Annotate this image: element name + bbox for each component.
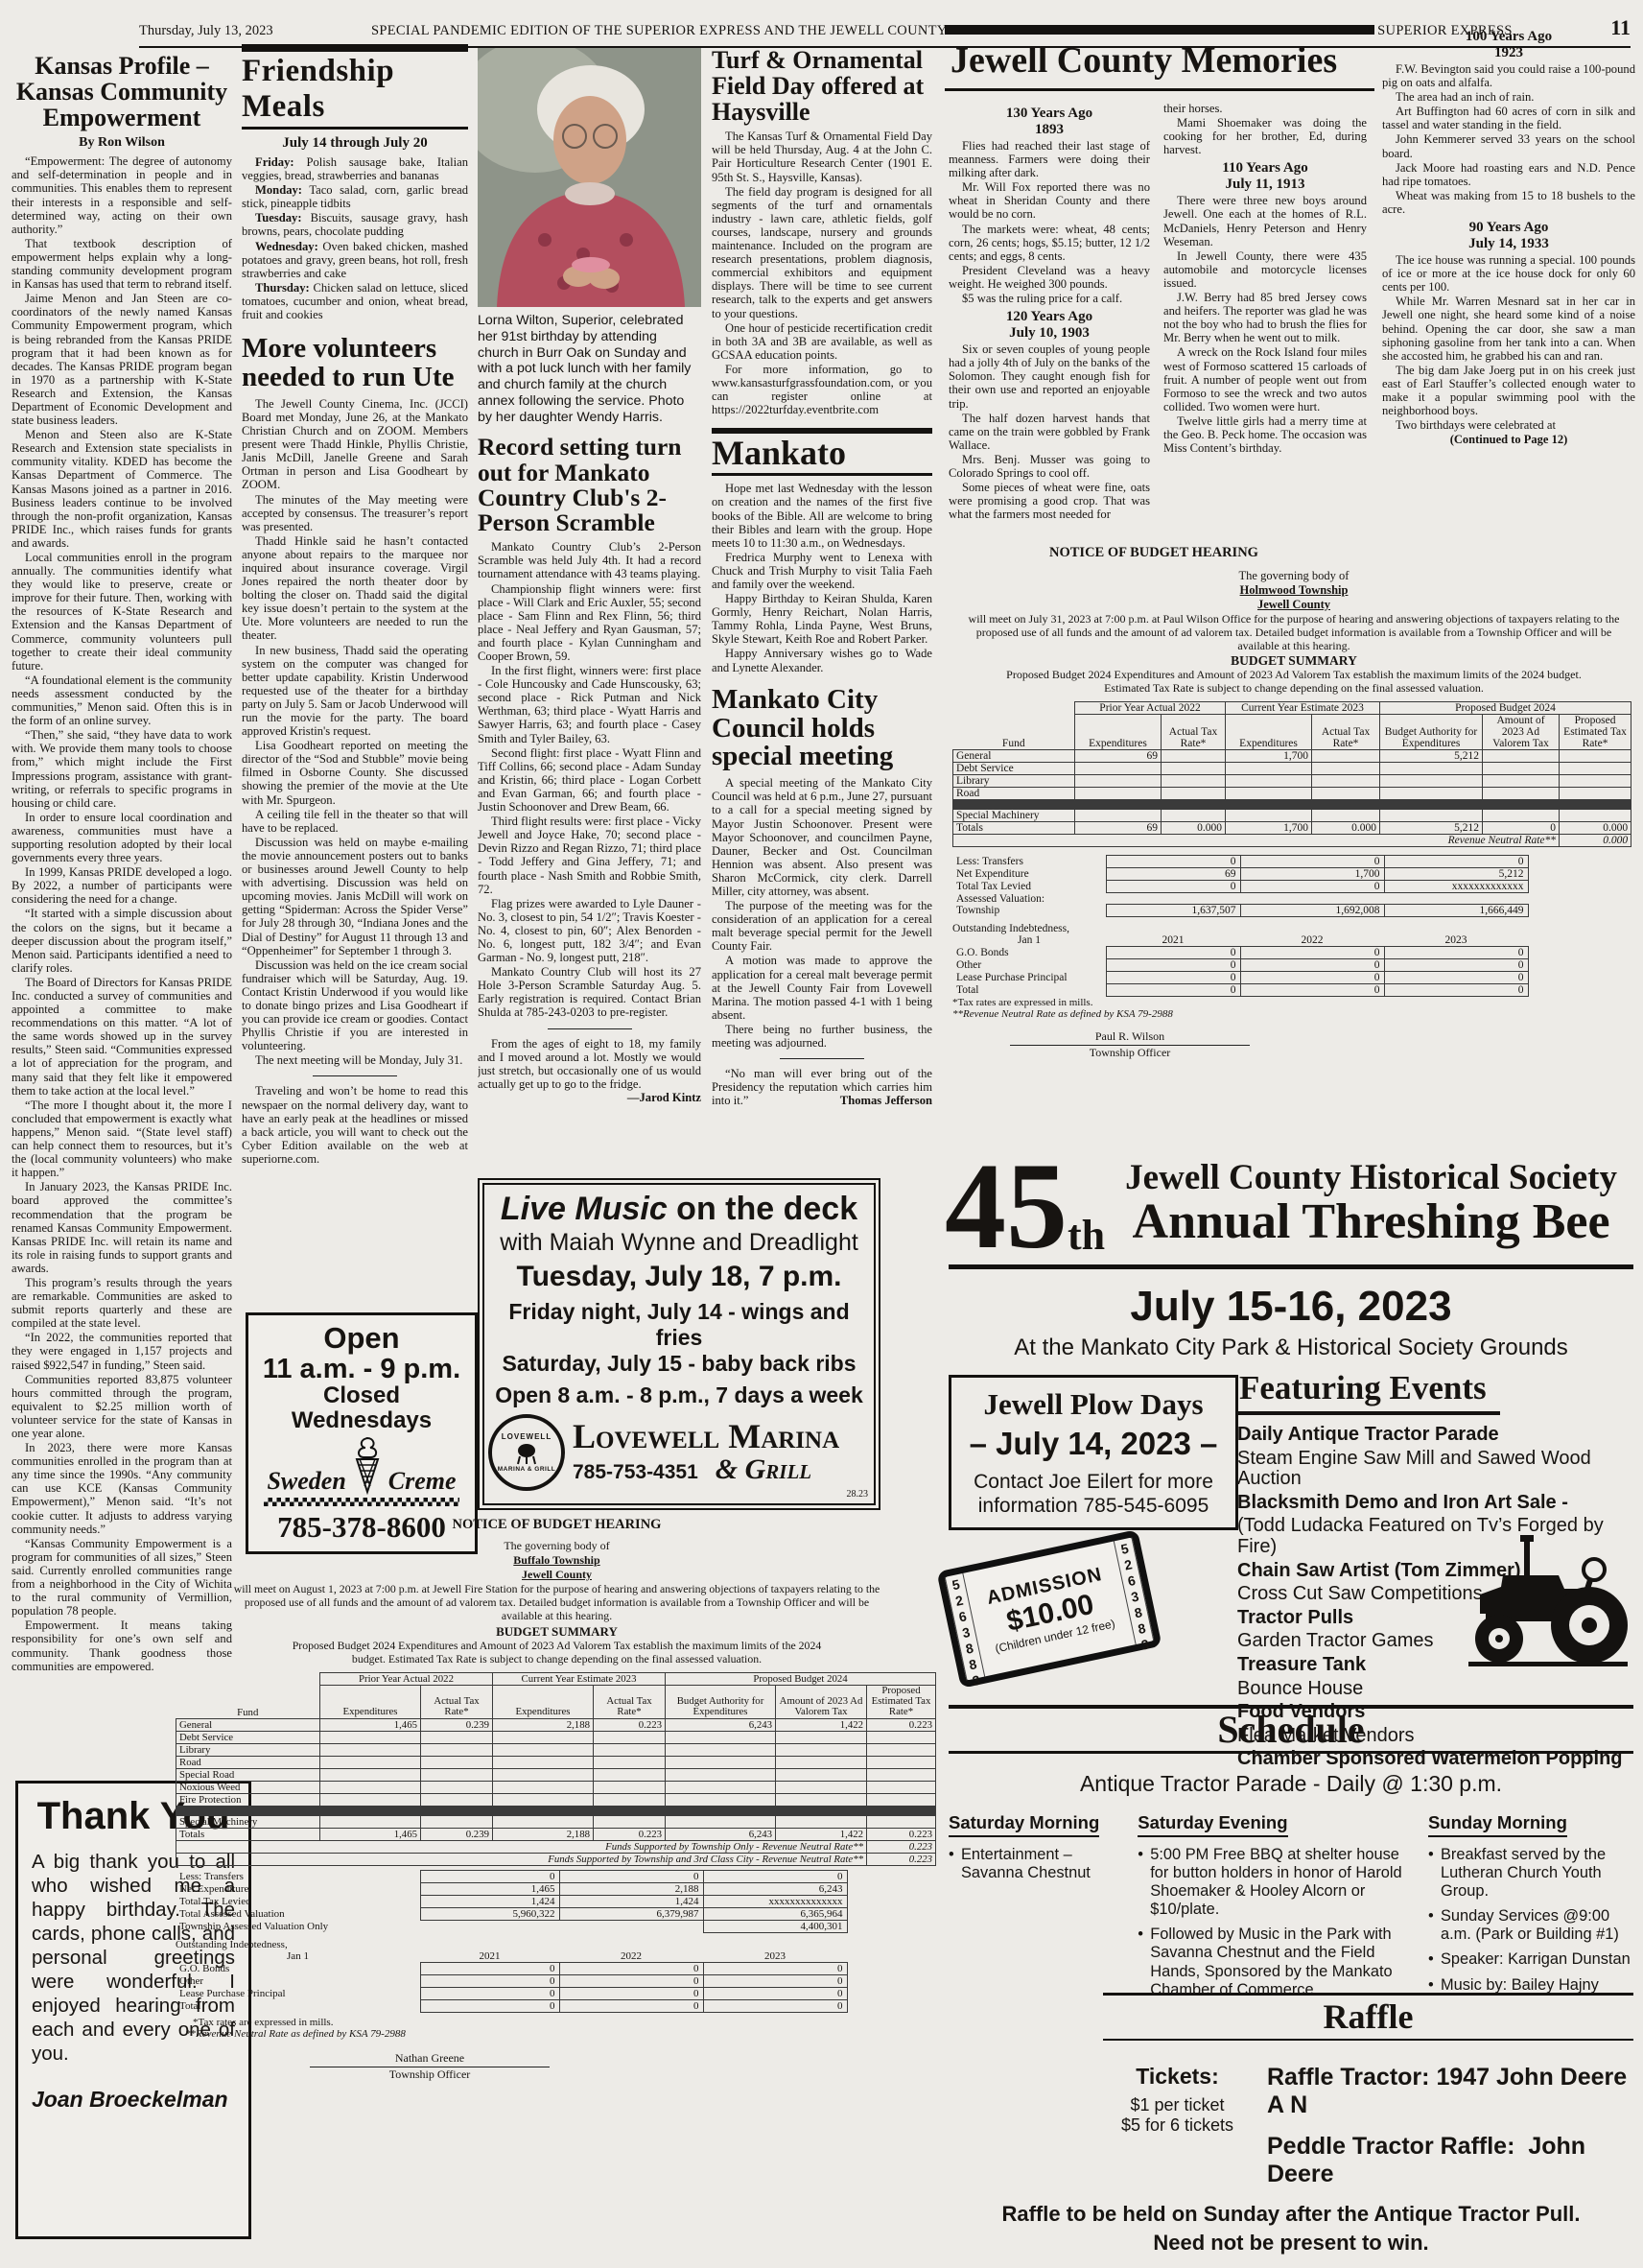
brand-text: Lovewell Marina 785-753-4351 & Grill	[573, 1419, 870, 1486]
cell	[1560, 763, 1631, 775]
ordinal-th: th	[1068, 1215, 1105, 1257]
article-headline: Record setting turn out for Mankato Coun…	[478, 435, 701, 535]
debt-table: G.O. Bonds000Other000Lease Purchase Prin…	[952, 946, 1529, 997]
paragraph: In new business, Thadd said the operatin…	[242, 644, 468, 739]
memories-subheading: July 10, 1903	[949, 325, 1150, 342]
debt-years: Jan 1 2021 2022 2023	[952, 934, 1528, 946]
cell: 0	[1240, 959, 1384, 972]
cell: 6,243	[666, 1828, 776, 1840]
jan1-label: Jan 1	[952, 934, 1106, 946]
cell: Debt Service	[176, 1731, 320, 1743]
paragraph: Mr. Will Fox reported there was no wheat…	[949, 180, 1150, 221]
funds-value: 0.223	[867, 1840, 936, 1853]
budget-summary-text: Proposed Budget 2024 Expenditures and Am…	[991, 669, 1597, 696]
cell	[320, 1815, 421, 1828]
table-row: Library	[953, 775, 1631, 788]
cell: 0	[420, 1999, 559, 2012]
meeting-text: will meet on July 31, 2023 at 7:00 p.m. …	[964, 613, 1624, 652]
cell	[1483, 810, 1560, 822]
cell	[776, 1731, 867, 1743]
memories-heading: 120 Years Ago	[949, 309, 1150, 325]
cell	[1312, 750, 1380, 763]
schedule-col-title: Saturday Evening	[1138, 1812, 1287, 1837]
cell	[1162, 775, 1226, 788]
cell: 0	[559, 1974, 703, 1987]
ad-line: Saturday, July 15 - baby back ribs	[488, 1351, 870, 1377]
cell	[594, 1793, 666, 1806]
ad-line: Friday night, July 14 - wings and fries	[488, 1299, 870, 1351]
table-row: Totals690.0001,7000.0005,21200.000	[953, 822, 1631, 835]
cell: 0.239	[421, 1828, 493, 1840]
officer-name: Paul R. Wilson	[1010, 1029, 1250, 1046]
photo-lorna-wilton	[478, 48, 701, 307]
cell: 0	[1106, 881, 1240, 893]
cell: Totals	[176, 1828, 320, 1840]
cell	[493, 1756, 594, 1768]
cell: Total Assessed Valuation	[176, 1907, 420, 1920]
raffle-note-1: Raffle to be held on Sunday after the An…	[945, 2202, 1637, 2227]
event-title: Annual Threshing Bee	[1105, 1197, 1637, 1247]
cell: 1,422	[776, 1828, 867, 1840]
cell	[867, 1781, 936, 1793]
table-row: Other000	[176, 1974, 847, 1987]
article-body: The Kansas Turf & Ornamental Field Day w…	[712, 130, 932, 416]
paragraph: Third flight results were: first place -…	[478, 815, 701, 896]
logo-text: MARINA & GRILL	[498, 1466, 556, 1473]
article-body: A special meeting of the Mankato City Co…	[712, 776, 932, 1050]
featuring-title: Featuring Events	[1237, 1369, 1500, 1415]
paragraph: Flag prizes were awarded to Lyle Dauner …	[478, 897, 701, 964]
raffle-note-2: Need not be present to win.	[945, 2231, 1637, 2256]
cell	[420, 1920, 559, 1932]
cell	[493, 1815, 594, 1828]
cell	[1483, 763, 1560, 775]
col-current: Current Year Estimate 2023	[1226, 701, 1380, 714]
cell	[776, 1743, 867, 1756]
cell: xxxxxxxxxxxxx	[1384, 881, 1528, 893]
cell: 0	[703, 1974, 847, 1987]
event-location: At the Mankato City Park & Historical So…	[945, 1335, 1637, 1361]
cell: 1,465	[320, 1718, 421, 1731]
cell	[1312, 763, 1380, 775]
col-fund: Fund	[176, 1672, 320, 1718]
rule	[949, 1751, 1633, 1754]
cell: 1,424	[420, 1895, 559, 1907]
jan1-label: Jan 1	[176, 1950, 420, 1962]
meal-item: Wednesday: Oven baked chicken, mashed po…	[242, 240, 468, 280]
notice-holmwood: NOTICE OF BUDGET HEARING The governing b…	[952, 545, 1635, 1060]
memories-body: Flies had reached their last stage of me…	[949, 139, 1150, 305]
ad-line: Tuesday, July 18, 7 p.m.	[488, 1261, 870, 1293]
cell	[1106, 893, 1240, 905]
cell	[666, 1815, 776, 1828]
cell: 1,700	[1226, 822, 1312, 835]
paragraph: In 1999, Kansas PRIDE developed a logo. …	[12, 865, 232, 906]
raffle-section: Raffle Tickets: $1 per ticket $5 for 6 t…	[1103, 1993, 1633, 2188]
title-rest: on the deck	[668, 1191, 857, 1227]
article-body: The Jewell County Cinema, Inc. (JCCI) Bo…	[242, 397, 468, 1068]
paragraph: Championship flight winners were: first …	[478, 582, 701, 664]
ad-jewell-plow-days: Jewell Plow Days – July 14, 2023 – Conta…	[949, 1375, 1238, 1530]
paragraph: Discussion was held on the ice cream soc…	[242, 958, 468, 1053]
cell: Lease Purchase Principal	[176, 1987, 420, 1999]
paragraph: Menon and Steen also are K-State Researc…	[12, 428, 232, 550]
table-row: Township1,637,5071,692,0081,666,449	[952, 905, 1528, 917]
lovewell-marina-logo: LOVEWELL MARINA & GRILL	[488, 1414, 565, 1491]
col-rate: Actual Tax Rate*	[421, 1685, 493, 1718]
cell	[1162, 788, 1226, 800]
cell	[320, 1731, 421, 1743]
cell: 6,243	[666, 1718, 776, 1731]
cell	[421, 1793, 493, 1806]
cell: 69	[1075, 750, 1162, 763]
budget-summary-title: BUDGET SUMMARY	[176, 1624, 938, 1640]
cell	[867, 1793, 936, 1806]
notice-title: NOTICE OF BUDGET HEARING	[176, 1517, 938, 1533]
paragraph: The minutes of the May meeting were acce…	[242, 493, 468, 533]
tractor-clipart	[1463, 1535, 1633, 1669]
table-row: Fire Protection	[176, 1793, 936, 1806]
cell	[776, 1781, 867, 1793]
table-row: Less: Transfers000	[952, 856, 1528, 868]
memories-subheading: July 11, 1913	[1163, 177, 1367, 193]
cell: Library	[176, 1743, 320, 1756]
meal-item: Friday: Polish sausage bake, Italian veg…	[242, 155, 468, 182]
threshing-45th: 45 th	[945, 1156, 1105, 1257]
memories-heading: 110 Years Ago	[1163, 160, 1367, 177]
budget-summary-text: Proposed Budget 2024 Expenditures and Am…	[291, 1640, 823, 1666]
cell	[1560, 750, 1631, 763]
paragraph: The next meeting will be Monday, July 31…	[242, 1053, 468, 1067]
table-row: Assessed Valuation:	[952, 893, 1528, 905]
paragraph: Flies had reached their last stage of me…	[949, 139, 1150, 179]
col-proposed-rate: Proposed Estimated Tax Rate*	[1560, 714, 1631, 749]
cell	[1560, 810, 1631, 822]
cell: Fire Protection	[176, 1793, 320, 1806]
sweden-creme-logo: Sweden Creme	[254, 1436, 469, 1496]
paragraph: President Cleveland was a heavy weight. …	[949, 264, 1150, 291]
table-row: General691,7005,212	[953, 750, 1631, 763]
paragraph: The Kansas Turf & Ornamental Field Day w…	[712, 130, 932, 183]
paragraph: A wreck on the Rock Island four miles we…	[1163, 345, 1367, 413]
ad-line: Open 8 a.m. - 8 p.m., 7 days a week	[488, 1382, 870, 1408]
governing-body: The governing body of	[952, 569, 1635, 583]
footnote: *Tax rates are expressed in mills.	[176, 2017, 938, 2028]
col-budget-authority: Budget Authority for Expenditures	[1380, 714, 1483, 749]
footnote: **Revenue Neutral Rate as defined by KSA…	[952, 1008, 1635, 1020]
paragraph: Jaime Menon and Jan Steen are co-coordin…	[12, 292, 232, 427]
meal-day: Friday:	[255, 155, 294, 169]
paragraph: Two birthdays were celebrated at	[1382, 418, 1635, 432]
cell	[594, 1756, 666, 1768]
table-row: General1,4650.2392,1880.2236,2431,4220.2…	[176, 1718, 936, 1731]
funds-label: Funds Supported by Township and 3rd Clas…	[176, 1853, 867, 1865]
year: 2021	[420, 1950, 559, 1962]
cell	[1162, 763, 1226, 775]
col-ad-valorem: Amount of 2023 Ad Valorem Tax	[776, 1685, 867, 1718]
paragraph: “The more I thought about it, the more I…	[12, 1099, 232, 1180]
column-2: Friendship Meals July 14 through July 20…	[242, 44, 468, 1306]
memories-col-1: 130 Years Ago 1893 Flies had reached the…	[949, 102, 1150, 522]
paragraph: There being no further business, the mee…	[712, 1023, 932, 1050]
memories-subheading: 1923	[1382, 45, 1635, 61]
paragraph: Local communities enroll in the program …	[12, 551, 232, 673]
ad-signature: Joan Broeckelman	[32, 2087, 235, 2113]
cell: 0	[1240, 947, 1384, 959]
event-item: Bounce House	[1237, 1679, 1635, 1700]
cell	[1483, 775, 1560, 788]
memories-body: F.W. Bevington said you could raise a 10…	[1382, 62, 1635, 216]
raffle-label: Peddle Tractor Raffle:	[1267, 2133, 1514, 2160]
cell: 0.223	[594, 1828, 666, 1840]
budget-table-head: Fund Prior Year Actual 2022 Current Year…	[176, 1672, 936, 1718]
meal-item: Tuesday: Biscuits, sausage gravy, hash b…	[242, 211, 468, 238]
newspaper-page: Thursday, July 13, 2023 SPECIAL PANDEMIC…	[0, 0, 1643, 2268]
cell: 0	[420, 1962, 559, 1974]
continued-text: their horses.	[1163, 102, 1367, 115]
ad-line: with Maiah Wynne and Dreadlight	[488, 1229, 870, 1257]
budget-summary-title: BUDGET SUMMARY	[952, 653, 1635, 669]
paragraph: Wheat was making from 15 to 18 bushels t…	[1382, 189, 1635, 216]
cell: 0.000	[1312, 822, 1380, 835]
officer-title: Township Officer	[1090, 1046, 1171, 1059]
paragraph: A motion was made to approve the applica…	[712, 954, 932, 1021]
raffle-items: Raffle Tractor: 1947 John Deere A N Pedd…	[1252, 2064, 1633, 2188]
table-row: Total000	[176, 1999, 847, 2012]
cell	[1312, 788, 1380, 800]
cell: 0	[703, 1962, 847, 1974]
cell	[776, 1756, 867, 1768]
cell: 0	[420, 1870, 559, 1882]
cell: Special Machinery	[953, 810, 1075, 822]
paragraph: The ice house was running a special. 100…	[1382, 253, 1635, 294]
cell: 0	[1240, 972, 1384, 984]
section-title: Friendship Meals	[242, 54, 468, 125]
cell	[493, 1781, 594, 1793]
notice-buffalo: NOTICE OF BUDGET HEARING The governing b…	[176, 1517, 938, 2082]
brand-name: Lovewell Marina	[573, 1419, 870, 1453]
cell: 0.000	[1560, 822, 1631, 835]
paragraph: A special meeting of the Mankato City Co…	[712, 776, 932, 898]
cell: 0	[1240, 856, 1384, 868]
budget-lower-table: Less: Transfers000Net Expenditure1,4652,…	[176, 1870, 848, 1933]
cell	[320, 1793, 421, 1806]
table-row: Road	[953, 788, 1631, 800]
paragraph: Twelve little girls had a merry time at …	[1163, 414, 1367, 455]
cell	[1226, 788, 1312, 800]
cell: 1,666,449	[1384, 905, 1528, 917]
cell: 0	[1384, 856, 1528, 868]
number-45: 45	[945, 1156, 1068, 1257]
cell: 2,188	[493, 1828, 594, 1840]
funds-supported-row: Funds Supported by Township Only - Reven…	[176, 1840, 936, 1853]
years-row: Jan 1 2021 2022 2023	[176, 1950, 847, 1962]
cell: Total Tax Levied	[952, 881, 1106, 893]
cell: General	[953, 750, 1075, 763]
paragraph: Hope met last Wednesday with the lesson …	[712, 482, 932, 549]
paragraph: Entertainment – Savanna Chestnut	[949, 1846, 1111, 1882]
col-rate: Actual Tax Rate*	[594, 1685, 666, 1718]
plow-days-title: Jewell Plow Days	[959, 1387, 1228, 1422]
year: 2022	[1240, 934, 1384, 946]
debt-years: Jan 1 2021 2022 2023	[176, 1950, 847, 1962]
cell: Net Expenditure	[176, 1882, 420, 1895]
cell	[559, 1920, 703, 1932]
paragraph: “It started with a simple discussion abo…	[12, 907, 232, 974]
cell: Other	[176, 1974, 420, 1987]
article-body: Hope met last Wednesday with the lesson …	[712, 482, 932, 673]
cell: 0	[1384, 972, 1528, 984]
memories-subheading: 1893	[949, 122, 1150, 138]
paragraph: Mankato Country Club’s 2-Person Scramble…	[478, 540, 701, 580]
meal-day: Wednesday:	[255, 240, 318, 253]
cell: Lease Purchase Principal	[952, 972, 1106, 984]
cell	[666, 1781, 776, 1793]
cell	[1380, 763, 1483, 775]
budget-table: Fund Prior Year Actual 2022 Current Year…	[176, 1672, 936, 1866]
cell: 0	[1384, 947, 1528, 959]
table-row: Total Tax Levied00xxxxxxxxxxxxx	[952, 881, 1528, 893]
cell: G.O. Bonds	[176, 1962, 420, 1974]
cell: 1,637,507	[1106, 905, 1240, 917]
cell	[1560, 775, 1631, 788]
township-name: Holmwood Township	[952, 583, 1635, 598]
cell: 1,700	[1240, 868, 1384, 881]
meal-item: Thursday: Chicken salad on lettuce, slic…	[242, 281, 468, 321]
cell	[1075, 775, 1162, 788]
cell: Net Expenditure	[952, 868, 1106, 881]
event-item: Steam Engine Saw Mill and Sawed Wood Auc…	[1237, 1449, 1635, 1490]
memories-col-3: 100 Years Ago 1923 F.W. Bevington said y…	[1382, 25, 1635, 447]
cell: xxxxxxxxxxxxxx	[703, 1895, 847, 1907]
raffle-body: Tickets: $1 per ticket $5 for 6 tickets …	[1103, 2064, 1633, 2188]
cell	[421, 1756, 493, 1768]
paragraph: This program’s results through the years…	[12, 1276, 232, 1330]
cell: Road	[953, 788, 1075, 800]
cell	[1560, 788, 1631, 800]
cell: 1,424	[559, 1895, 703, 1907]
ticket-price-2: $5 for 6 tickets	[1103, 2115, 1252, 2136]
paragraph: Jack Moore had roasting ears and N.D. Pe…	[1382, 161, 1635, 188]
memories-col-2: their horses. Mami Shoemaker was doing t…	[1163, 102, 1367, 456]
table-row: Library	[176, 1743, 936, 1756]
cell	[867, 1743, 936, 1756]
paragraph: Communities reported 83,875 volunteer ho…	[12, 1373, 232, 1440]
event-item: Daily Antique Tractor Parade	[1237, 1425, 1635, 1446]
table-row: Special Machinery	[176, 1815, 936, 1828]
cell	[1380, 788, 1483, 800]
cell: 0	[1384, 959, 1528, 972]
paragraph: John Kemmerer served 33 years on the sch…	[1382, 132, 1635, 159]
cell: Total	[952, 984, 1106, 997]
cell: 0	[703, 1870, 847, 1882]
paragraph: There were three new boys around Jewell.…	[1163, 194, 1367, 248]
rule	[712, 473, 932, 476]
cell	[493, 1768, 594, 1781]
cell: 0	[1106, 947, 1240, 959]
cell	[1162, 810, 1226, 822]
cell	[594, 1815, 666, 1828]
ad-inner: Live Music on the deck with Maiah Wynne …	[482, 1183, 876, 1505]
meals-subhead: July 14 through July 20	[242, 135, 468, 152]
paragraph: Lisa Goodheart reported on meeting the d…	[242, 739, 468, 806]
paragraph: Sunday Services @9:00 a.m. (Park or Buil…	[1428, 1907, 1633, 1944]
cell: Noxious Weed	[176, 1781, 320, 1793]
cell: 0	[1240, 984, 1384, 997]
cell	[1240, 893, 1384, 905]
brand-word: Creme	[388, 1467, 457, 1496]
paragraph: Followed by Music in the Park with Savan…	[1138, 1925, 1415, 1999]
col-proposed: Proposed Budget 2024	[666, 1672, 936, 1685]
cell: 69	[1075, 822, 1162, 835]
raffle-label: Raffle Tractor:	[1267, 2064, 1429, 2091]
schedule-col-title: Saturday Morning	[949, 1812, 1099, 1837]
funds-label: Funds Supported by Township Only - Reven…	[176, 1840, 867, 1853]
parade-line: Antique Tractor Parade - Daily @ 1:30 p.…	[949, 1771, 1633, 1797]
paragraph: Happy Anniversary wishes go to Wade and …	[712, 647, 932, 673]
paragraph: In January 2023, the Kansas PRIDE Inc. b…	[12, 1180, 232, 1275]
ad-code: 28.23	[847, 1489, 869, 1500]
table-row: Less: Transfers000	[176, 1870, 847, 1882]
article-kansas-profile: Kansas Profile – Kansas Community Empowe…	[12, 50, 232, 1772]
article-body: Mankato Country Club’s 2-Person Scramble…	[478, 540, 701, 1019]
meal-day: Tuesday:	[255, 211, 302, 224]
cell: 0.223	[594, 1718, 666, 1731]
table-row: Total Tax Levied1,4241,424xxxxxxxxxxxxxx	[176, 1895, 847, 1907]
logo-text: LOVEWELL	[502, 1432, 552, 1441]
raffle-line-2: Peddle Tractor Raffle: John Deere	[1267, 2133, 1633, 2188]
raffle-title: Raffle	[1103, 1996, 1633, 2039]
cell: 2,188	[559, 1882, 703, 1895]
officer-title: Township Officer	[389, 2067, 471, 2081]
cell	[1312, 810, 1380, 822]
years-row: Jan 1 2021 2022 2023	[952, 934, 1528, 946]
ad-brand-row: LOVEWELL MARINA & GRILL Lovewell Marina …	[488, 1414, 870, 1491]
cell	[867, 1756, 936, 1768]
cell: Total Tax Levied	[176, 1895, 420, 1907]
cell: 0	[559, 1987, 703, 1999]
cell: 2,188	[493, 1718, 594, 1731]
cell	[1380, 810, 1483, 822]
paragraph: In Jewell County, there were 435 automob…	[1163, 249, 1367, 290]
paragraph: Second flight: first place - Wyatt Flinn…	[478, 746, 701, 814]
cell	[1483, 750, 1560, 763]
cell: 0.000	[1162, 822, 1226, 835]
cell	[1312, 775, 1380, 788]
cell	[666, 1768, 776, 1781]
plow-days-contact: Contact Joe Eilert for more information …	[959, 1470, 1228, 1518]
event-dates: July 15-16, 2023	[945, 1283, 1637, 1331]
article-headline: Kansas Profile – Kansas Community Empowe…	[12, 54, 232, 130]
ad-hours: 11 a.m. - 9 p.m.	[254, 1355, 469, 1383]
table-row: Debt Service	[176, 1731, 936, 1743]
township-name: Buffalo Township	[176, 1553, 938, 1568]
cell	[1226, 775, 1312, 788]
cell	[1075, 788, 1162, 800]
cell	[421, 1768, 493, 1781]
cell: Debt Service	[953, 763, 1075, 775]
paragraph: The field day program is designed for al…	[712, 185, 932, 320]
paragraph: “In 2022, the communities reported that …	[12, 1331, 232, 1371]
col-budget-authority: Budget Authority for Expenditures	[666, 1685, 776, 1718]
paragraph: 5:00 PM Free BBQ at shelter house for bu…	[1138, 1846, 1415, 1920]
signature-block: Paul R. Wilson Township Officer	[1010, 1029, 1250, 1060]
cell	[1226, 810, 1312, 822]
cell	[421, 1731, 493, 1743]
divider	[548, 1028, 632, 1029]
cell: 6,365,964	[703, 1907, 847, 1920]
photo-caption: Lorna Wilton, Superior, celebrated her 9…	[478, 313, 701, 425]
